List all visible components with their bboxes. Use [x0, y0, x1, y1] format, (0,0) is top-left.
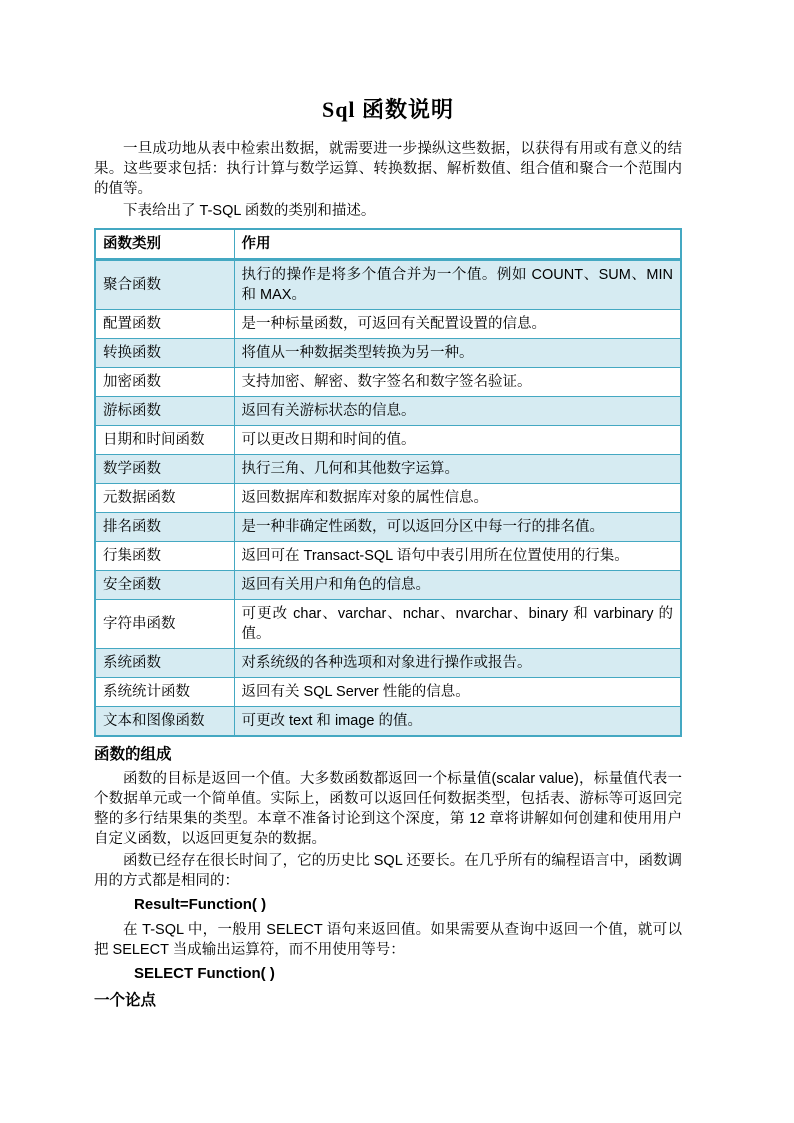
composition-paragraph-2: 函数已经存在很长时间了，它的历史比 SQL 还要长。在几乎所有的编程语言中，函数… [94, 851, 682, 891]
table-row: 排名函数是一种非确定性函数，可以返回分区中每一行的排名值。 [95, 513, 681, 542]
category-cell: 日期和时间函数 [95, 426, 234, 455]
description-cell: 执行三角、几何和其他数字运算。 [234, 455, 681, 484]
code-line-select-function: SELECT Function( ) [134, 963, 682, 985]
table-row: 系统函数对系统级的各种选项和对象进行操作或报告。 [95, 649, 681, 678]
intro-paragraph: 一旦成功地从表中检索出数据，就需要进一步操纵这些数据，以获得有用或有意义的结果。… [94, 139, 682, 199]
description-cell: 是一种非确定性函数，可以返回分区中每一行的排名值。 [234, 513, 681, 542]
category-cell: 游标函数 [95, 397, 234, 426]
table-row: 日期和时间函数可以更改日期和时间的值。 [95, 426, 681, 455]
table-row: 字符串函数可更改 char、varchar、nchar、nvarchar、bin… [95, 600, 681, 649]
table-row: 数学函数执行三角、几何和其他数字运算。 [95, 455, 681, 484]
category-cell: 转换函数 [95, 339, 234, 368]
category-cell: 行集函数 [95, 542, 234, 571]
function-category-table: 函数类别 作用 聚合函数执行的操作是将多个值合并为一个值。例如 COUNT、SU… [94, 228, 682, 737]
composition-paragraph-1: 函数的目标是返回一个值。大多数函数都返回一个标量值(scalar value)，… [94, 769, 682, 849]
table-row: 转换函数将值从一种数据类型转换为另一种。 [95, 339, 681, 368]
description-cell: 可以更改日期和时间的值。 [234, 426, 681, 455]
category-cell: 文本和图像函数 [95, 707, 234, 737]
description-cell: 可更改 char、varchar、nchar、nvarchar、binary 和… [234, 600, 681, 649]
description-cell: 返回有关游标状态的信息。 [234, 397, 681, 426]
function-table-header: 函数类别 作用 [95, 229, 681, 260]
section-heading-argument: 一个论点 [94, 991, 682, 1011]
table-row: 聚合函数执行的操作是将多个值合并为一个值。例如 COUNT、SUM、MIN 和 … [95, 260, 681, 310]
category-cell: 加密函数 [95, 368, 234, 397]
description-cell: 执行的操作是将多个值合并为一个值。例如 COUNT、SUM、MIN 和 MAX。 [234, 260, 681, 310]
description-cell: 将值从一种数据类型转换为另一种。 [234, 339, 681, 368]
column-header-purpose: 作用 [234, 229, 681, 260]
description-cell: 可更改 text 和 image 的值。 [234, 707, 681, 737]
description-cell: 对系统级的各种选项和对象进行操作或报告。 [234, 649, 681, 678]
description-cell: 支持加密、解密、数字签名和数字签名验证。 [234, 368, 681, 397]
category-cell: 排名函数 [95, 513, 234, 542]
table-row: 配置函数是一种标量函数，可返回有关配置设置的信息。 [95, 310, 681, 339]
header-row: 函数类别 作用 [95, 229, 681, 260]
table-row: 安全函数返回有关用户和角色的信息。 [95, 571, 681, 600]
category-cell: 数学函数 [95, 455, 234, 484]
column-header-category: 函数类别 [95, 229, 234, 260]
section-heading-composition: 函数的组成 [94, 745, 682, 765]
table-row: 文本和图像函数可更改 text 和 image 的值。 [95, 707, 681, 737]
document-page: Sql 函数说明 一旦成功地从表中检索出数据，就需要进一步操纵这些数据，以获得有… [0, 0, 794, 1123]
description-cell: 是一种标量函数，可返回有关配置设置的信息。 [234, 310, 681, 339]
category-cell: 聚合函数 [95, 260, 234, 310]
description-cell: 返回有关 SQL Server 性能的信息。 [234, 678, 681, 707]
table-row: 游标函数返回有关游标状态的信息。 [95, 397, 681, 426]
table-row: 行集函数返回可在 Transact-SQL 语句中表引用所在位置使用的行集。 [95, 542, 681, 571]
document-content: Sql 函数说明 一旦成功地从表中检索出数据，就需要进一步操纵这些数据，以获得有… [94, 96, 682, 1015]
category-cell: 配置函数 [95, 310, 234, 339]
category-cell: 安全函数 [95, 571, 234, 600]
table-row: 元数据函数返回数据库和数据库对象的属性信息。 [95, 484, 681, 513]
table-lead-in-paragraph: 下表给出了 T-SQL 函数的类别和描述。 [94, 201, 682, 221]
code-line-result-function: Result=Function( ) [134, 894, 682, 916]
composition-paragraph-3: 在 T-SQL 中，一般用 SELECT 语句来返回值。如果需要从查询中返回一个… [94, 920, 682, 960]
category-cell: 字符串函数 [95, 600, 234, 649]
category-cell: 元数据函数 [95, 484, 234, 513]
table-row: 加密函数支持加密、解密、数字签名和数字签名验证。 [95, 368, 681, 397]
description-cell: 返回有关用户和角色的信息。 [234, 571, 681, 600]
category-cell: 系统函数 [95, 649, 234, 678]
function-table-body: 聚合函数执行的操作是将多个值合并为一个值。例如 COUNT、SUM、MIN 和 … [95, 260, 681, 737]
table-row: 系统统计函数返回有关 SQL Server 性能的信息。 [95, 678, 681, 707]
description-cell: 返回可在 Transact-SQL 语句中表引用所在位置使用的行集。 [234, 542, 681, 571]
category-cell: 系统统计函数 [95, 678, 234, 707]
document-title: Sql 函数说明 [94, 96, 682, 124]
description-cell: 返回数据库和数据库对象的属性信息。 [234, 484, 681, 513]
